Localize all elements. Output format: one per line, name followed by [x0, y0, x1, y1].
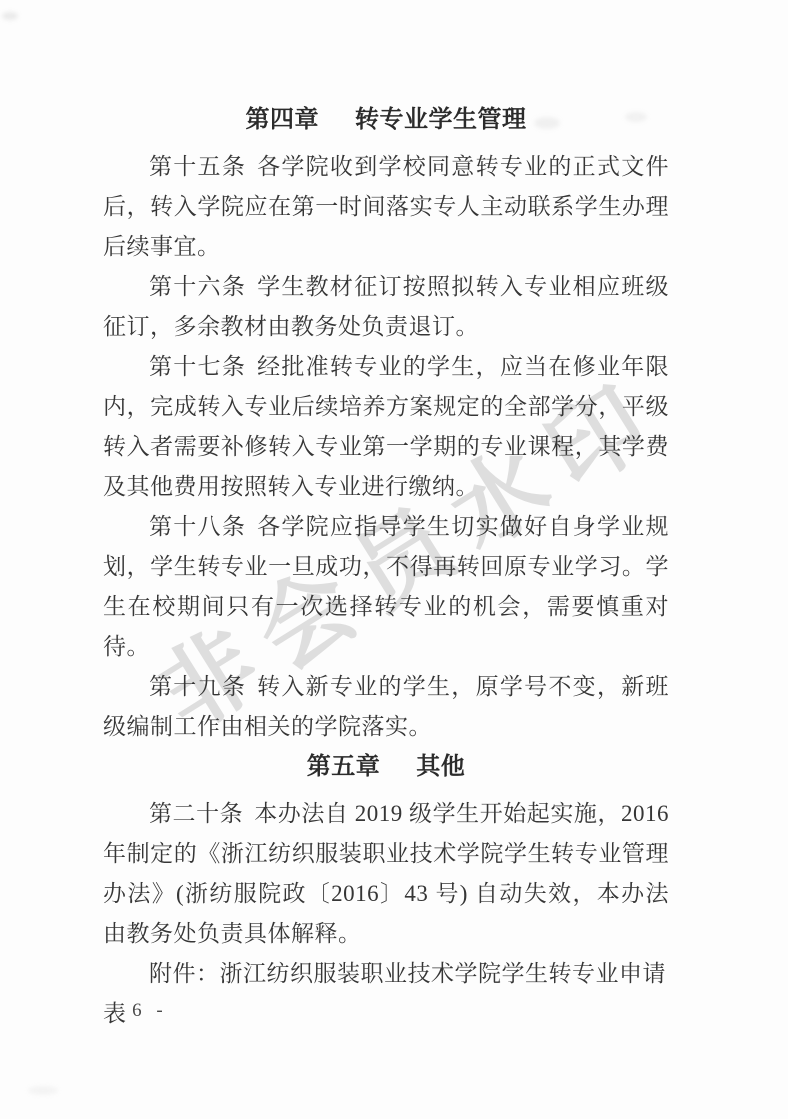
chapter-4-heading: 第四章转专业学生管理	[103, 100, 669, 140]
article-19-paragraph: 第十九条转入新专业的学生，原学号不变，新班级编制工作由相关的学院落实。	[103, 667, 669, 747]
article-20-label: 第二十条	[149, 801, 243, 826]
article-16-label: 第十六条	[149, 274, 246, 299]
article-17-label: 第十七条	[149, 354, 246, 379]
chapter-4-number: 第四章	[246, 107, 320, 133]
article-15-label: 第十五条	[149, 154, 246, 179]
scan-artifact	[2, 12, 18, 20]
article-18-label: 第十八条	[149, 514, 246, 539]
article-18-paragraph: 第十八条各学院应指导学生切实做好自身学业规划，学生转专业一旦成功，不得再转回原专…	[103, 507, 669, 667]
article-19-label: 第十九条	[149, 674, 246, 699]
attachment-note: 附件：浙江纺织服装职业技术学院学生转专业申请表	[103, 954, 669, 1034]
chapter-5-title: 其他	[416, 754, 465, 780]
article-15-paragraph: 第十五条各学院收到学校同意转专业的正式文件后，转入学院应在第一时间落实专人主动联…	[103, 147, 669, 267]
article-17-paragraph: 第十七条经批准转专业的学生，应当在修业年限内，完成转入专业后续培养方案规定的全部…	[103, 347, 669, 507]
page-number: - 6 -	[111, 1000, 168, 1022]
scan-artifact	[28, 1086, 58, 1095]
chapter-5-number: 第五章	[307, 754, 381, 780]
chapter-5-heading: 第五章其他	[103, 747, 669, 787]
article-16-paragraph: 第十六条学生教材征订按照拟转入专业相应班级征订，多余教材由教务处负责退订。	[103, 267, 669, 347]
chapter-4-title: 转专业学生管理	[355, 107, 527, 133]
document-page: 非会员水印 第四章转专业学生管理 第十五条各学院收到学校同意转专业的正式文件后，…	[0, 0, 788, 1119]
article-20-paragraph: 第二十条本办法自 2019 级学生开始起实施，2016 年制定的《浙江纺织服装职…	[103, 794, 669, 954]
document-body: 第四章转专业学生管理 第十五条各学院收到学校同意转专业的正式文件后，转入学院应在…	[103, 100, 669, 1034]
